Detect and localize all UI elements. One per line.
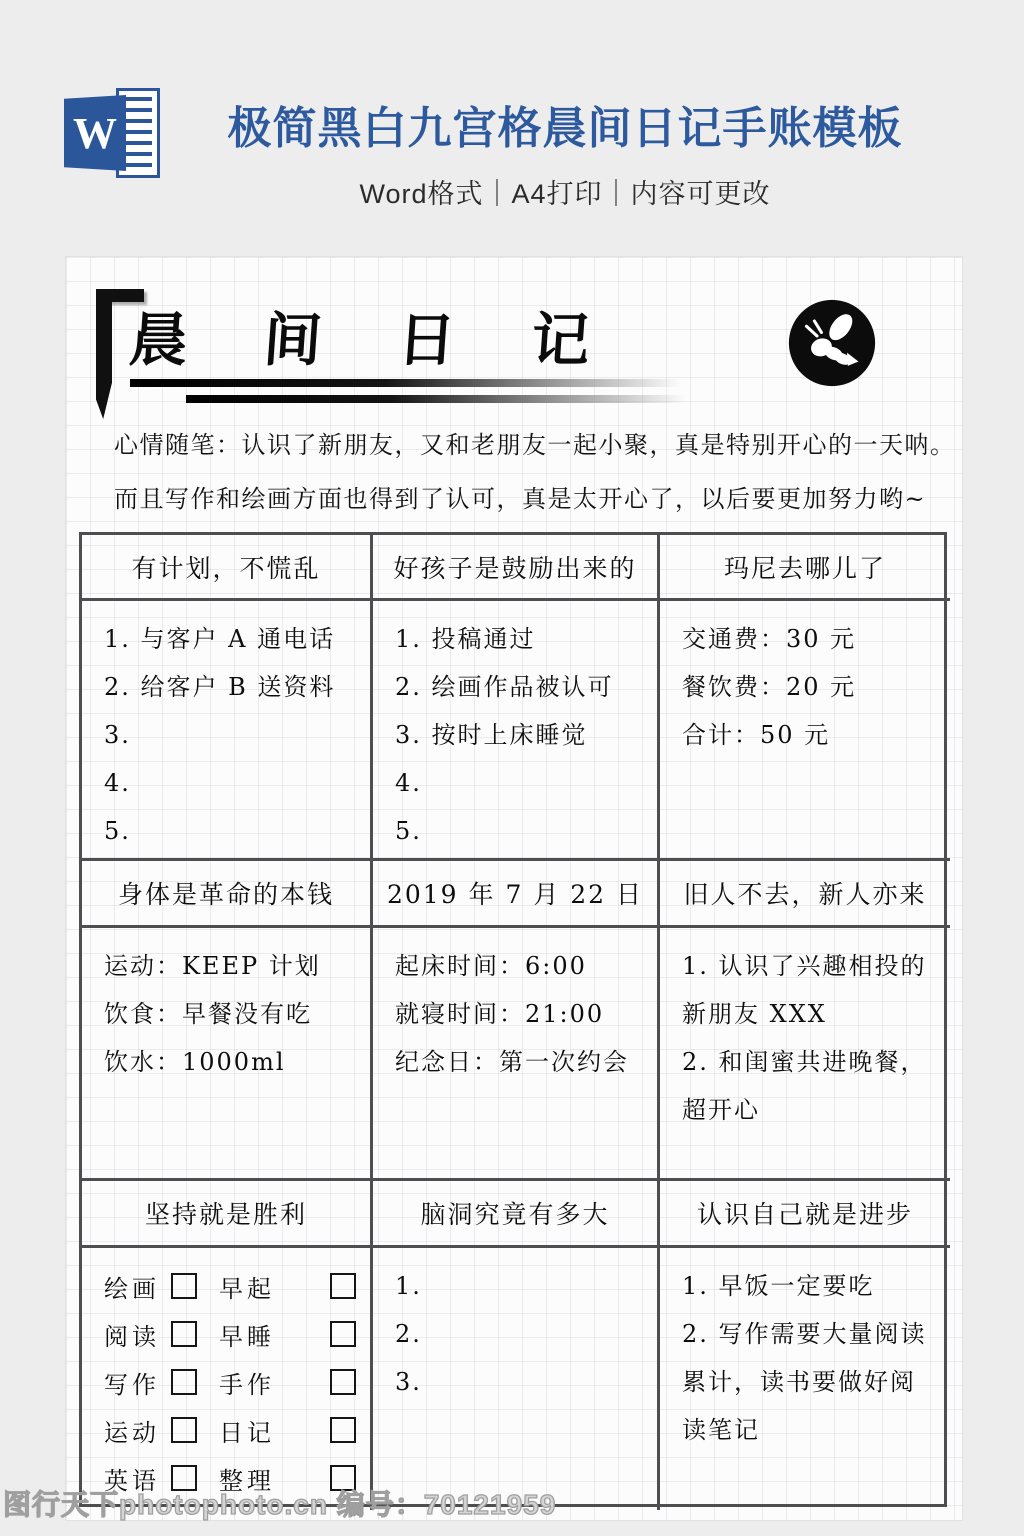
- mood-note-line1: 心情随笔：认识了新朋友，又和老朋友一起小聚，真是特别开心的一天呐。: [114, 425, 934, 460]
- grid-header-persist: 坚持就是胜利: [82, 1181, 373, 1248]
- promo-text: 极简黑白九宫格晨间日记手账模板 Word格式｜A4打印｜内容可更改: [106, 92, 1024, 211]
- praise-item: 5.: [395, 807, 643, 855]
- plan-item: 5.: [104, 807, 356, 855]
- corner-bracket-icon: [96, 289, 112, 419]
- grid-body-ideas: 1. 2. 3.: [373, 1248, 660, 1510]
- habit-row: 运动 日记: [104, 1406, 356, 1454]
- grid-body-health: 运动：KEEP 计划 饮食：早餐没有吃 饮水：1000ml: [82, 928, 373, 1181]
- grid-body-money: 交通费：30 元 餐饮费：20 元 合计：50 元: [660, 601, 950, 861]
- bee-icon: [788, 299, 876, 387]
- habit-label: 写作: [104, 1365, 171, 1400]
- habit-label: 早起: [219, 1269, 286, 1304]
- habit-label: 运动: [104, 1413, 171, 1448]
- habit-checkbox: [171, 1369, 197, 1395]
- habit-checkbox: [171, 1417, 197, 1443]
- plan-item: 3.: [104, 711, 356, 759]
- people-item: 1. 认识了兴趣相投的新朋友 XXX: [682, 942, 936, 1038]
- selfknow-item: 1. 早饭一定要吃: [682, 1262, 936, 1310]
- time-item: 纪念日：第一次约会: [395, 1038, 643, 1086]
- title-underline: [130, 379, 698, 387]
- nine-grid-table: 有计划，不慌乱 好孩子是鼓励出来的 玛尼去哪儿了 1. 与客户 A 通电话 2.…: [79, 532, 947, 1507]
- grid-header-plan: 有计划，不慌乱: [82, 535, 373, 601]
- diary-title: 晨 间 日 记: [127, 293, 593, 377]
- diary-title-char: 间: [261, 293, 325, 377]
- diary-paper: 晨 间 日 记 心情随笔：认识了新朋友，又和老朋友一起小聚，真是特别开心的一天呐…: [66, 257, 962, 1520]
- habit-label: 早睡: [219, 1317, 286, 1352]
- diary-title-char: 记: [529, 293, 593, 377]
- praise-item: 4.: [395, 759, 643, 807]
- plan-item: 2. 给客户 B 送资料: [104, 663, 356, 711]
- grid-header-date: 2019 年 7 月 22 日: [373, 861, 660, 928]
- habit-label: 阅读: [104, 1317, 171, 1352]
- mood-note-line2: 而且写作和绘画方面也得到了认可，真是太开心了，以后要更加努力哟~: [114, 479, 934, 514]
- time-item: 起床时间：6:00: [395, 942, 643, 990]
- diary-title-char: 日: [395, 293, 459, 377]
- habit-row: 写作 手作: [104, 1358, 356, 1406]
- idea-item: 1.: [395, 1262, 643, 1310]
- grid-header-health: 身体是革命的本钱: [82, 861, 373, 928]
- grid-body-plan: 1. 与客户 A 通电话 2. 给客户 B 送资料 3. 4. 5.: [82, 601, 373, 861]
- habit-checkbox: [330, 1273, 356, 1299]
- promo-header: W 极简黑白九宫格晨间日记手账模板 Word格式｜A4打印｜内容可更改: [0, 0, 1024, 250]
- health-item: 饮食：早餐没有吃: [104, 990, 356, 1038]
- page-subtitle: Word格式｜A4打印｜内容可更改: [106, 172, 1024, 211]
- people-item: 2. 和闺蜜共进晚餐，超开心: [682, 1038, 936, 1134]
- habit-checkbox: [330, 1321, 356, 1347]
- time-item: 就寝时间：21:00: [395, 990, 643, 1038]
- plan-item: 4.: [104, 759, 356, 807]
- idea-item: 2.: [395, 1310, 643, 1358]
- grid-body-selfknow: 1. 早饭一定要吃 2. 写作需要大量阅读累计，读书要做好阅读笔记: [660, 1248, 950, 1510]
- praise-item: 1. 投稿通过: [395, 615, 643, 663]
- selfknow-item: 2. 写作需要大量阅读累计，读书要做好阅读笔记: [682, 1310, 936, 1454]
- habit-checkbox: [330, 1417, 356, 1443]
- praise-item: 3. 按时上床睡觉: [395, 711, 643, 759]
- health-item: 运动：KEEP 计划: [104, 942, 356, 990]
- habit-checkbox: [171, 1321, 197, 1347]
- diary-title-char: 晨: [127, 293, 191, 377]
- page-title: 极简黑白九宫格晨间日记手账模板: [106, 92, 1024, 156]
- grid-header-selfknow: 认识自己就是进步: [660, 1181, 950, 1248]
- habit-checkbox: [330, 1369, 356, 1395]
- expense-item: 交通费：30 元: [682, 615, 936, 663]
- title-underline: [186, 395, 701, 403]
- grid-body-date: 起床时间：6:00 就寝时间：21:00 纪念日：第一次约会: [373, 928, 660, 1181]
- idea-item: 3.: [395, 1358, 643, 1406]
- grid-body-people: 1. 认识了兴趣相投的新朋友 XXX 2. 和闺蜜共进晚餐，超开心: [660, 928, 950, 1181]
- habit-row: 绘画 早起: [104, 1262, 356, 1310]
- grid-header-people: 旧人不去，新人亦来: [660, 861, 950, 928]
- grid-body-habits: 绘画 早起 阅读 早睡 写作 手作 运动 日记: [82, 1248, 373, 1510]
- habit-label: 手作: [219, 1365, 286, 1400]
- habit-row: 阅读 早睡: [104, 1310, 356, 1358]
- expense-item: 餐饮费：20 元: [682, 663, 936, 711]
- habit-label: 绘画: [104, 1269, 171, 1304]
- watermark: 图行天下photophoto.cn 编号：70121959: [3, 1483, 556, 1523]
- grid-header-money: 玛尼去哪儿了: [660, 535, 950, 601]
- habit-checkbox: [171, 1273, 197, 1299]
- grid-header-praise: 好孩子是鼓励出来的: [373, 535, 660, 601]
- grid-body-praise: 1. 投稿通过 2. 绘画作品被认可 3. 按时上床睡觉 4. 5.: [373, 601, 660, 861]
- habit-label: 日记: [219, 1413, 286, 1448]
- plan-item: 1. 与客户 A 通电话: [104, 615, 356, 663]
- praise-item: 2. 绘画作品被认可: [395, 663, 643, 711]
- grid-header-ideas: 脑洞究竟有多大: [373, 1181, 660, 1248]
- expense-item: 合计：50 元: [682, 711, 936, 759]
- health-item: 饮水：1000ml: [104, 1038, 356, 1086]
